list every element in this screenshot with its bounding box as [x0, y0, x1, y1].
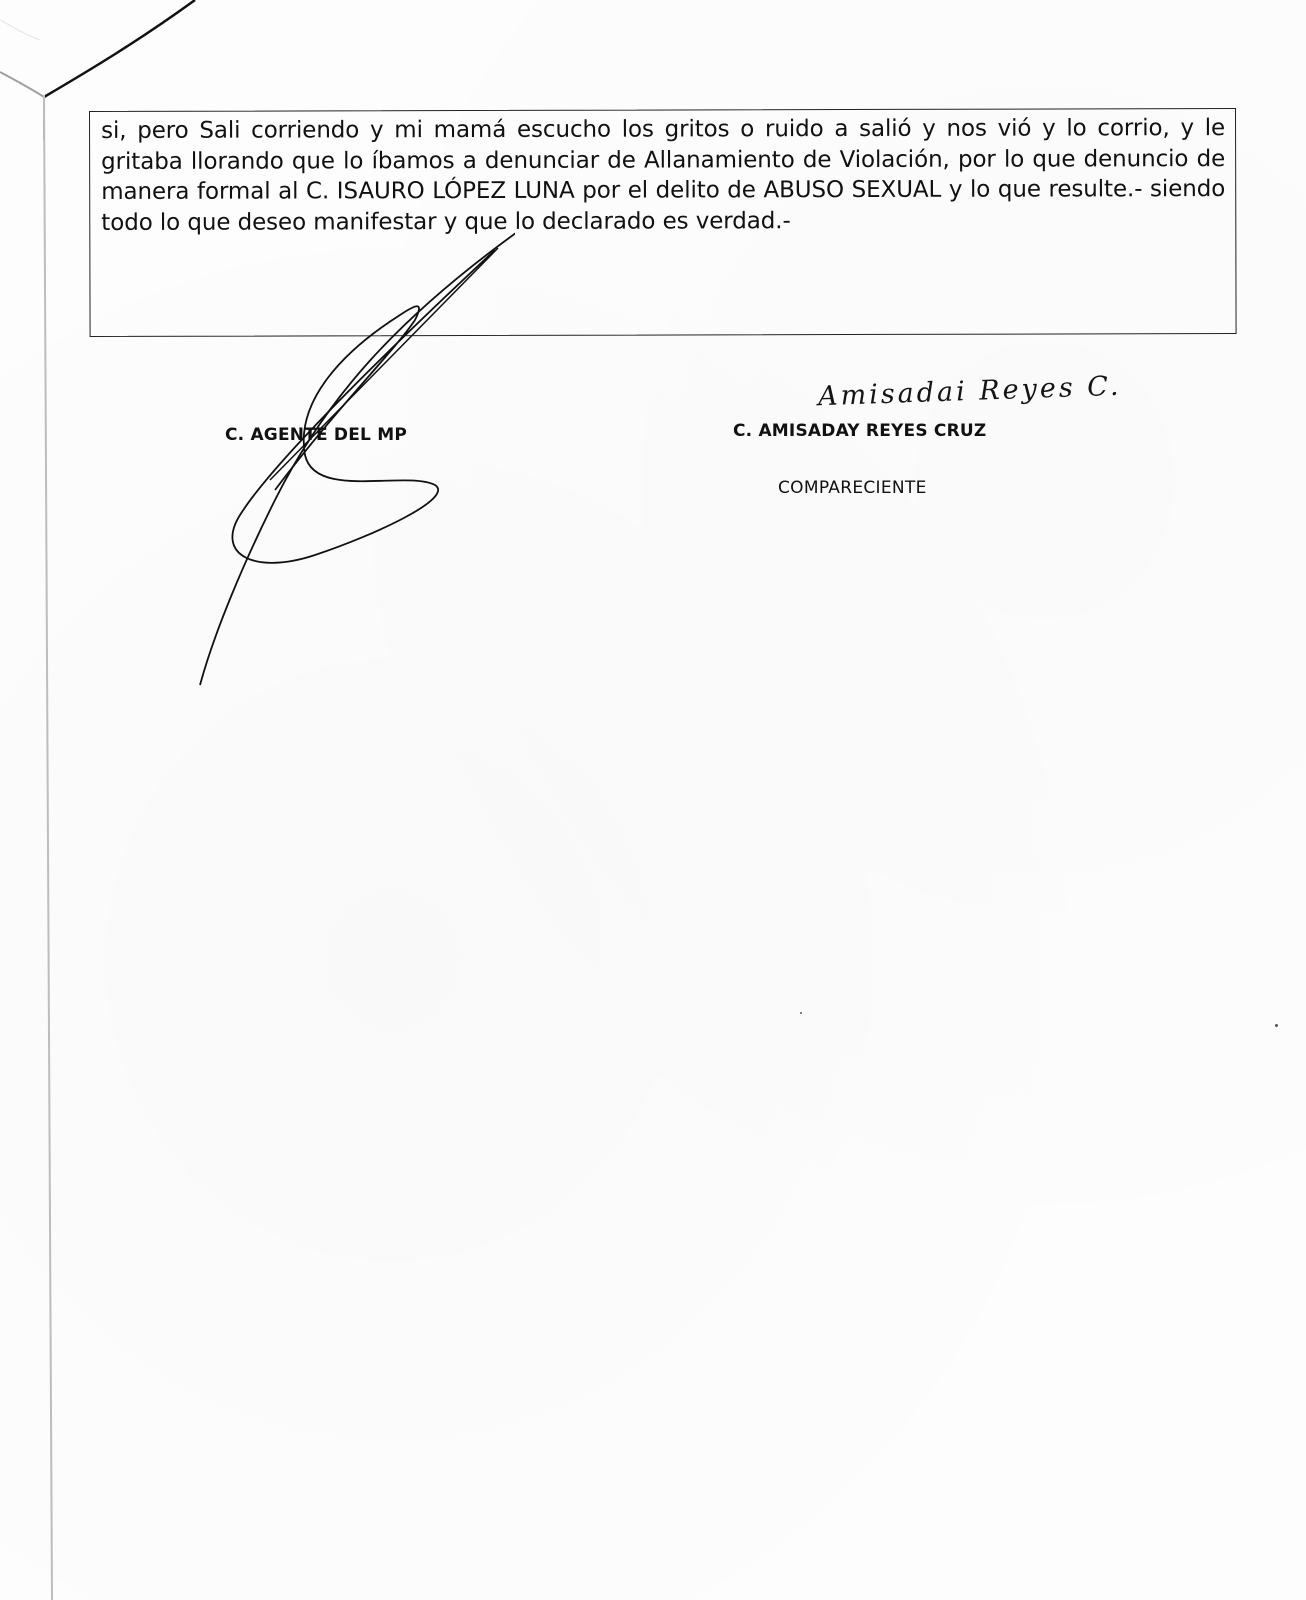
- declarant-role: COMPARECIENTE: [778, 478, 927, 498]
- agent-label: C. AGENTE DEL MP: [225, 425, 407, 445]
- declarant-name: C. AMISADAY REYES CRUZ: [733, 421, 986, 441]
- statement-box: si, pero Sali corriendo y mi mamá escuch…: [89, 108, 1237, 337]
- scan-speck: [800, 1012, 802, 1014]
- statement-text: si, pero Sali corriendo y mi mamá escuch…: [101, 113, 1225, 238]
- scan-speck: [1275, 1024, 1278, 1027]
